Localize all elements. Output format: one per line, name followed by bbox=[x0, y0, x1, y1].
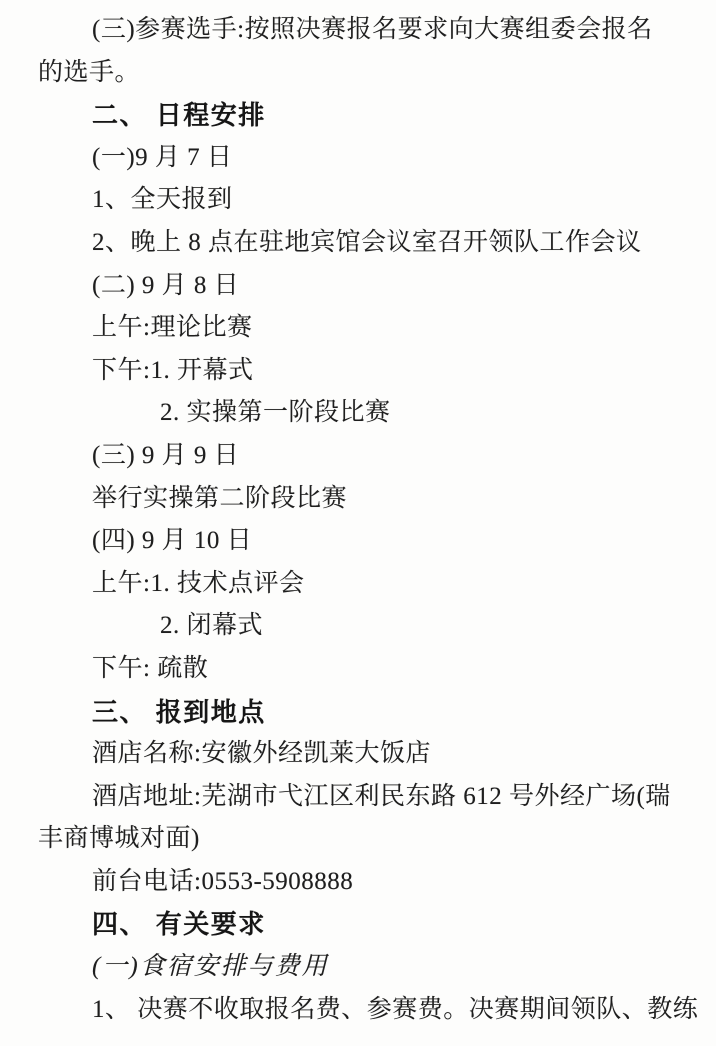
text-line: 丰商博城对面) bbox=[38, 818, 694, 861]
text-line: 酒店名称:安徽外经凯莱大饭店 bbox=[38, 733, 694, 776]
text-line: (一)食宿安排与费用 bbox=[38, 946, 694, 989]
text-line: 1、全天报到 bbox=[38, 179, 694, 222]
document-page: (三)参赛选手:按照决赛报名要求向大赛组委会报名的选手。二、 日程安排(一)9 … bbox=[0, 0, 716, 1046]
section-heading: 三、 报到地点 bbox=[38, 691, 694, 734]
text-line: 举行实操第二阶段比赛 bbox=[38, 478, 694, 521]
text-line: 下午:1. 开幕式 bbox=[38, 350, 694, 393]
text-line: 的选手。 bbox=[38, 52, 694, 95]
text-line: 1、 决赛不收取报名费、参赛费。决赛期间领队、教练 bbox=[38, 989, 694, 1032]
text-line: (一)9 月 7 日 bbox=[38, 137, 694, 180]
text-line: 2. 闭幕式 bbox=[38, 605, 694, 648]
text-line: 前台电话:0553-5908888 bbox=[38, 861, 694, 904]
text-line: (四) 9 月 10 日 bbox=[38, 520, 694, 563]
text-line: 上午:理论比赛 bbox=[38, 307, 694, 350]
text-line: (二) 9 月 8 日 bbox=[38, 265, 694, 308]
text-line: 酒店地址:芜湖市弋江区利民东路 612 号外经广场(瑞 bbox=[38, 776, 694, 819]
text-line: (三) 9 月 9 日 bbox=[38, 435, 694, 478]
text-line: 2、晚上 8 点在驻地宾馆会议室召开领队工作会议 bbox=[38, 222, 694, 265]
text-line: 上午:1. 技术点评会 bbox=[38, 563, 694, 606]
text-line: 下午: 疏散 bbox=[38, 648, 694, 691]
document-text-block: (三)参赛选手:按照决赛报名要求向大赛组委会报名的选手。二、 日程安排(一)9 … bbox=[38, 9, 694, 1031]
section-heading: 四、 有关要求 bbox=[38, 903, 694, 946]
text-line: 2. 实操第一阶段比赛 bbox=[38, 392, 694, 435]
text-line: (三)参赛选手:按照决赛报名要求向大赛组委会报名 bbox=[38, 9, 694, 52]
section-heading: 二、 日程安排 bbox=[38, 94, 694, 137]
